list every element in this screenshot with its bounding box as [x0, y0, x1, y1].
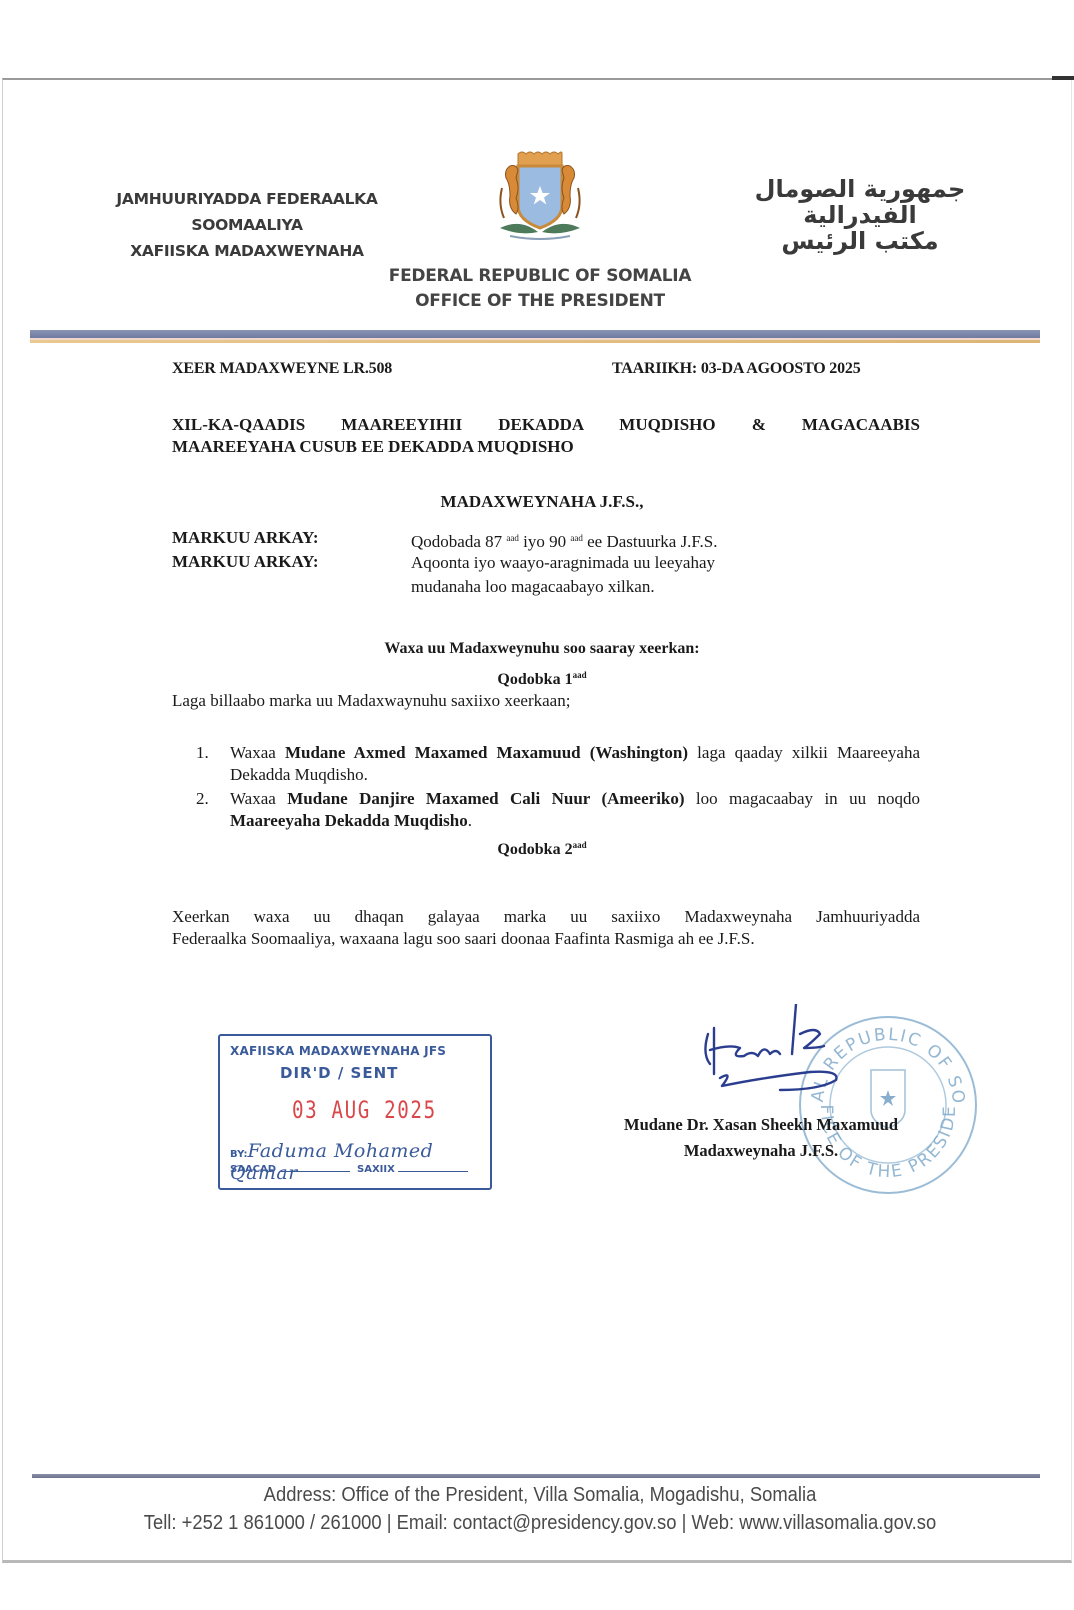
footer-contact: Tell: +252 1 861000 / 261000 | Email: co…	[80, 1512, 1000, 1535]
decree-intro: Waxa uu Madaxweynuhu soo saaray xeerkan:	[172, 640, 912, 658]
stamp-by: BY:Faduma Mohamed Qamar	[230, 1140, 490, 1184]
stamp-status: DIR'D / SENT	[280, 1064, 398, 1082]
somalia-coat-of-arms-icon	[480, 148, 600, 248]
letterhead-somali-line2: XAFIISKA MADAXWEYNAHA	[62, 238, 432, 264]
letterhead-arabic-line1: جمهورية الصومال الفيدرالية	[700, 176, 1020, 228]
decree-title-line1: XIL-KA-QAADIS MAAREEYIHII DEKADDA MUQDIS…	[172, 414, 920, 436]
footer-divider	[32, 1474, 1040, 1478]
decree-reference: XEER MADAXWEYNE LR.508	[172, 360, 392, 378]
letterhead-somali-line1: JAMHUURIYADDA FEDERAALKA SOOMAALIYA	[62, 186, 432, 238]
signatory-title: Madaxweynaha J.F.S.	[596, 1138, 926, 1164]
letterhead-arabic: جمهورية الصومال الفيدرالية مكتب الرئيس	[700, 176, 1020, 254]
president-signature	[700, 1004, 860, 1114]
signatory-name: Mudane Dr. Xasan Sheekh Maxamuud	[596, 1112, 926, 1138]
scan-edge-mark	[1052, 76, 1074, 80]
recital-label-1: MARKUU ARKAY:	[172, 528, 319, 548]
letterhead-english: FEDERAL REPUBLIC OF SOMALIA OFFICE OF TH…	[370, 264, 710, 314]
footer-address: Address: Office of the President, Villa …	[80, 1484, 1000, 1507]
article-2-text: Xeerkan waxa uu dhaqan galayaa marka uu …	[172, 906, 920, 950]
recital-text-1: Qodobada 87 aad iyo 90 aad ee Dastuurka …	[411, 526, 831, 554]
decree-date: TAARIIKH: 03-DA AGOOSTO 2025	[612, 360, 861, 378]
stamp-office: XAFIISKA MADAXWEYNAHA JFS	[230, 1044, 446, 1058]
article-2-heading: Qodobka 2aad	[172, 840, 912, 859]
article-1-heading: Qodobka 1aad	[172, 670, 912, 689]
article-1-lead: Laga billaabo marka uu Madaxwaynuhu saxi…	[172, 690, 920, 712]
letterhead-somali: JAMHUURIYADDA FEDERAALKA SOOMAALIYA XAFI…	[62, 186, 432, 264]
decree-title-line2: MAAREEYAHA CUSUB EE DEKADDA MUQDISHO	[172, 436, 920, 458]
letterhead-arabic-line2: مكتب الرئيس	[700, 228, 1020, 254]
list-item: 1. Waxaa Mudane Axmed Maxamed Maxamuud (…	[196, 742, 920, 786]
letterhead-english-line2: OFFICE OF THE PRESIDENT	[370, 289, 710, 314]
recital-text-2: Aqoonta iyo waayo-aragnimada uu leeyahay…	[411, 551, 831, 599]
stamp-date: 03 AUG 2025	[292, 1096, 437, 1124]
letterhead-english-line1: FEDERAL REPUBLIC OF SOMALIA	[370, 264, 710, 289]
decree-title: XIL-KA-QAADIS MAAREEYIHII DEKADDA MUQDIS…	[172, 414, 920, 458]
letterhead-divider	[30, 330, 1040, 343]
recital-label-2: MARKUU ARKAY:	[172, 552, 319, 572]
stamp-footer: SAACAD SAXIIX	[230, 1164, 480, 1175]
list-item: 2. Waxaa Mudane Danjire Maxamed Cali Nuu…	[196, 788, 920, 832]
article-1-list: 1. Waxaa Mudane Axmed Maxamed Maxamuud (…	[196, 742, 920, 834]
signatory-block: Mudane Dr. Xasan Sheekh Maxamuud Madaxwe…	[596, 1112, 926, 1164]
decree-issuer: MADAXWEYNAHA J.F.S.,	[172, 492, 912, 512]
received-stamp: XAFIISKA MADAXWEYNAHA JFS DIR'D / SENT 0…	[218, 1034, 492, 1190]
